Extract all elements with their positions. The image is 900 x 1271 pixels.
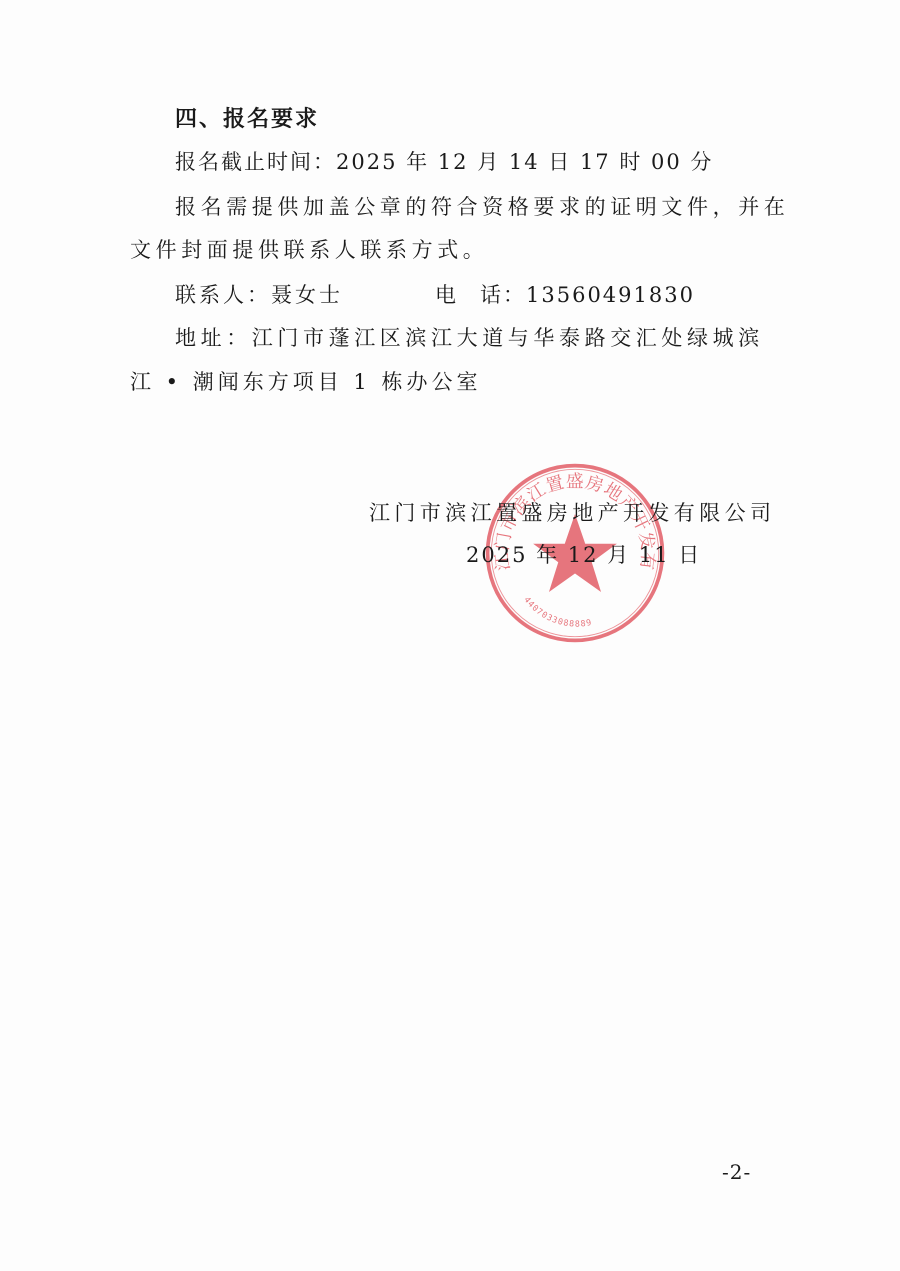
svg-text:4407033088889: 4407033088889	[522, 594, 593, 628]
address-line-1: 地址：江门市蓬江区滨江大道与华泰路交汇处绿城滨	[175, 324, 764, 352]
signature-date: 2025 年 12 月 11 日	[466, 541, 701, 569]
phone-label-a: 电	[435, 283, 458, 307]
phone-label-b: 话：13560491830	[480, 283, 695, 307]
section-heading: 四、报名要求	[175, 106, 319, 134]
address-line-2: 江 • 潮闻东方项目 1 栋办公室	[130, 368, 481, 396]
deadline-line: 报名截止时间：2025 年 12 月 14 日 17 时 00 分	[175, 148, 713, 176]
requirement-line-2: 文件封面提供联系人联系方式。	[130, 236, 488, 264]
document-page: 四、报名要求 报名截止时间：2025 年 12 月 14 日 17 时 00 分…	[0, 0, 900, 1271]
contact-line: 联系人：聂女士 电话：13560491830	[175, 281, 343, 309]
contact-phone: 电话：13560491830	[435, 281, 695, 309]
requirement-line-1: 报名需提供加盖公章的符合资格要求的证明文件，并在	[175, 193, 789, 221]
page-number: -2-	[722, 1160, 751, 1184]
contact-person: 联系人：聂女士	[175, 283, 343, 307]
signature-organization: 江门市滨江置盛房地产开发有限公司	[369, 499, 775, 527]
seal-code: 4407033088889	[522, 594, 593, 628]
